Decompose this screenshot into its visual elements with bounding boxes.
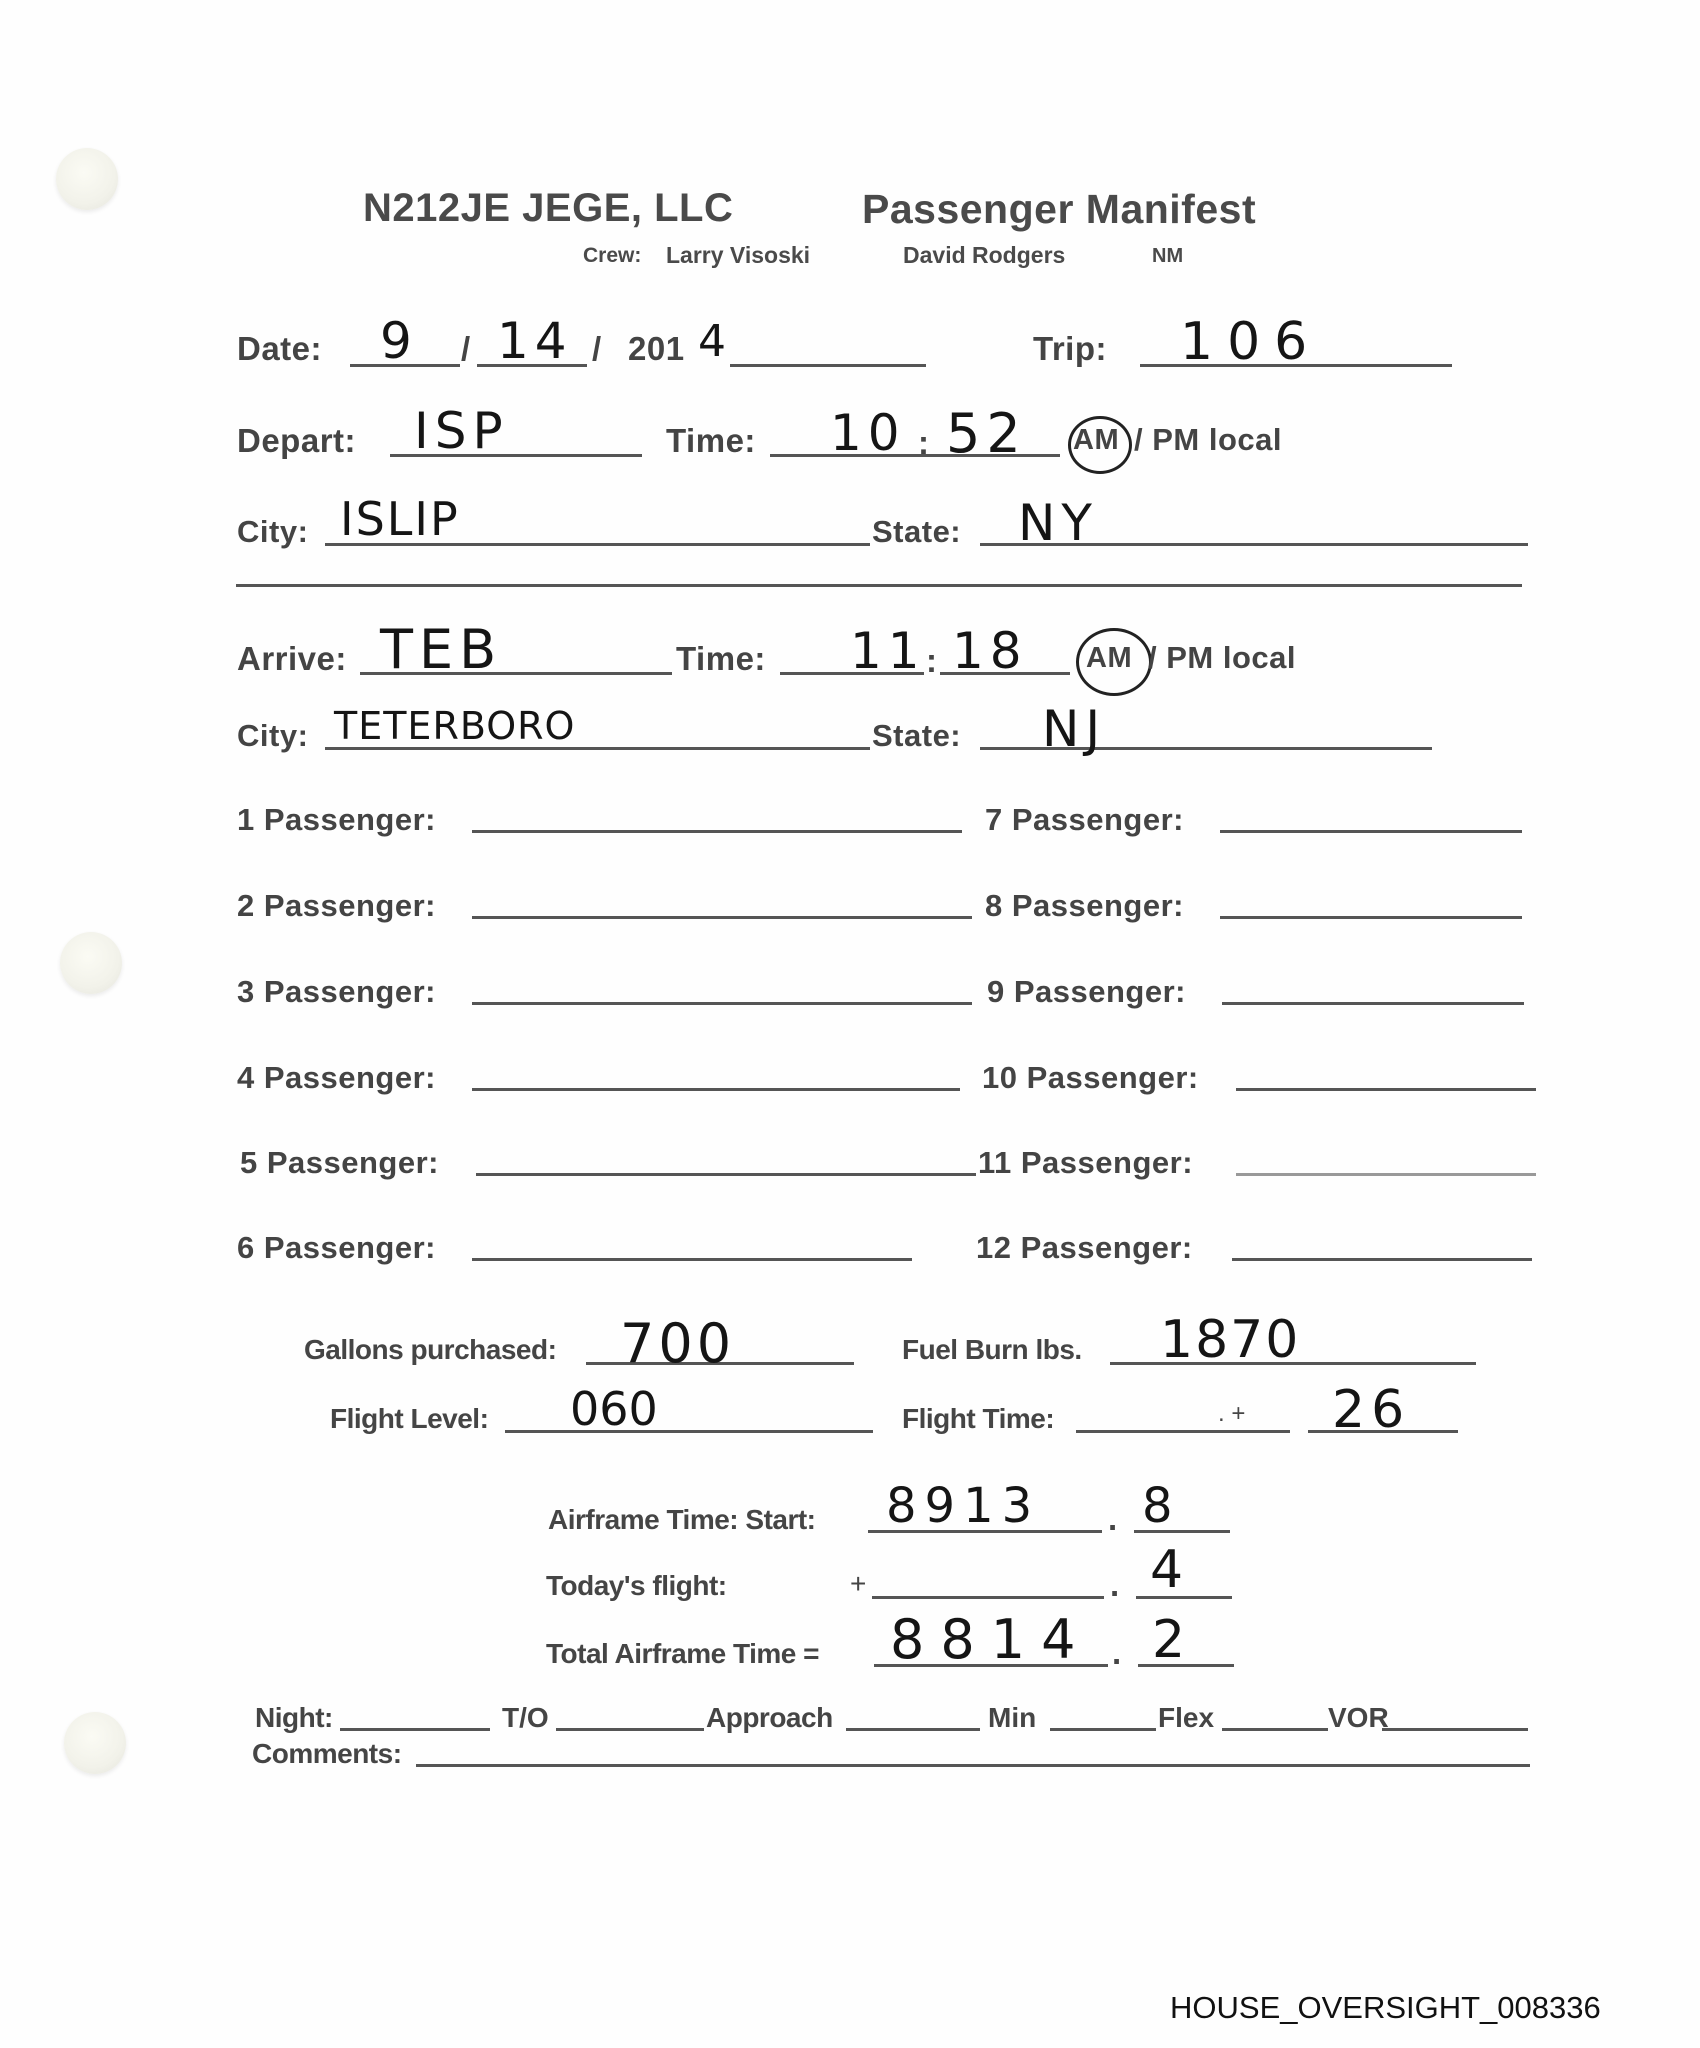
hole-punch-bottom [64,1712,126,1774]
gallons-label: Gallons purchased: [304,1334,556,1366]
passenger-field-2[interactable] [472,916,972,919]
arrive-pm-local: / PM local [1148,640,1296,676]
depart-time-label: Time: [666,422,756,460]
flight-time-label: Flight Time: [902,1403,1054,1435]
arrive-city-label: City: [237,718,308,754]
crew-member-3: NM [1152,245,1183,268]
passenger-label-10: 10 Passenger: [982,1060,1199,1096]
min-label: Min [988,1702,1036,1734]
form-title: Passenger Manifest [862,186,1256,233]
company-name: N212JE JEGE, LLC [363,186,733,231]
passenger-field-10[interactable] [1236,1088,1536,1091]
takeoff-label: T/O [502,1702,549,1734]
airframe-start-label: Airframe Time: Start: [548,1504,816,1536]
airframe-start-tenths[interactable]: 8 [1142,1478,1179,1534]
arrive-am-option[interactable]: AM [1086,642,1132,675]
flight-time-minutes[interactable]: 26 [1332,1380,1410,1440]
passenger-field-1[interactable] [472,830,962,833]
divider-line [236,584,1522,587]
passenger-field-5[interactable] [476,1173,976,1176]
date-separator: / [592,330,602,368]
passenger-field-7[interactable] [1220,830,1522,833]
bates-number: HOUSE_OVERSIGHT_008336 [1170,1990,1601,2026]
depart-airport[interactable]: ISP [414,402,509,460]
total-airframe-tenths[interactable]: 2 [1152,1610,1191,1670]
depart-state[interactable]: NY [1018,494,1098,552]
airframe-start-whole[interactable]: 8913 [886,1478,1040,1534]
fuel-burn-value[interactable]: 1870 [1160,1310,1300,1370]
passenger-field-11[interactable] [1236,1173,1536,1176]
passenger-field-12[interactable] [1232,1258,1532,1261]
comments-label: Comments: [252,1738,402,1770]
passenger-label-5: 5 Passenger: [240,1145,439,1181]
passenger-label-12: 12 Passenger: [976,1230,1193,1266]
passenger-field-4[interactable] [472,1088,960,1091]
depart-time-colon: : [918,424,930,462]
todays-flight-label: Today's flight: [546,1570,727,1602]
depart-am-option[interactable]: AM [1073,424,1119,457]
depart-state-label: State: [872,514,961,550]
flight-level-value[interactable]: 060 [570,1382,658,1436]
crew-member-1: Larry Visoski [666,242,810,269]
date-day[interactable]: 14 [497,312,573,370]
passenger-label-3: 3 Passenger: [237,974,436,1010]
trip-number[interactable]: 106 [1180,312,1321,372]
airframe-start-dot: . [1108,1500,1118,1538]
passenger-label-7: 7 Passenger: [985,802,1184,838]
depart-minute[interactable]: 52 [946,402,1027,465]
todays-flight-dot: . [1110,1566,1120,1604]
hole-punch-top [56,148,118,210]
passenger-label-8: 8 Passenger: [985,888,1184,924]
passenger-label-2: 2 Passenger: [237,888,436,924]
passenger-field-8[interactable] [1220,916,1522,919]
flight-time-hours-field[interactable] [1076,1430,1290,1433]
arrive-city[interactable]: TETERBORO [334,704,575,748]
arrive-minute[interactable]: 18 [952,622,1028,680]
gallons-value[interactable]: 700 [620,1312,735,1375]
comments-field[interactable] [416,1764,1530,1767]
approach-label: Approach [706,1702,833,1734]
crew-label: Crew: [583,244,641,268]
passenger-field-9[interactable] [1222,1002,1524,1005]
takeoff-field[interactable] [556,1728,704,1731]
trip-label: Trip: [1033,330,1107,368]
passenger-label-9: 9 Passenger: [987,974,1186,1010]
todays-flight-whole-field[interactable] [872,1596,1104,1599]
arrive-time-colon: : [926,642,938,680]
approach-field[interactable] [846,1728,980,1731]
arrive-state[interactable]: NJ [1042,700,1106,758]
depart-city[interactable]: ISLIP [340,492,460,546]
date-label: Date: [237,330,322,368]
date-separator: / [461,330,471,368]
passenger-label-1: 1 Passenger: [237,802,436,838]
total-airframe-label: Total Airframe Time = [546,1638,819,1670]
arrive-airport[interactable]: TEB [380,618,502,681]
min-field[interactable] [1050,1728,1156,1731]
passenger-label-6: 6 Passenger: [237,1230,436,1266]
date-month[interactable]: 9 [380,312,418,370]
fuel-burn-label: Fuel Burn lbs. [902,1334,1082,1366]
flex-field[interactable] [1222,1728,1328,1731]
passenger-field-6[interactable] [472,1258,912,1261]
date-year-suffix[interactable]: 4 [698,316,732,367]
arrive-state-label: State: [872,718,961,754]
hole-punch-middle [60,932,122,994]
todays-flight-plus: + [850,1568,866,1600]
arrive-time-label: Time: [676,640,766,678]
date-year-prefix: 201 [628,330,685,368]
passenger-field-3[interactable] [472,1002,972,1005]
night-label: Night: [255,1702,333,1734]
passenger-label-4: 4 Passenger: [237,1060,436,1096]
passenger-label-11: 11 Passenger: [978,1145,1193,1181]
arrive-hour[interactable]: 11 [850,622,926,680]
todays-flight-tenths[interactable]: 4 [1150,1540,1189,1600]
depart-city-label: City: [237,514,308,550]
total-airframe-whole[interactable]: 8814 [890,1608,1091,1671]
flex-label: Flex [1158,1702,1214,1734]
vor-field[interactable] [1382,1728,1528,1731]
depart-label: Depart: [237,422,356,460]
depart-hour[interactable]: 10 [830,404,906,462]
crew-member-2: David Rodgers [903,242,1065,269]
depart-pm-local: / PM local [1134,422,1282,458]
vor-label: VOR [1328,1702,1389,1734]
night-field[interactable] [340,1728,490,1731]
arrive-label: Arrive: [237,640,347,678]
flight-time-separator: . + [1218,1400,1245,1428]
flight-level-label: Flight Level: [330,1403,488,1435]
total-airframe-dot: . [1112,1634,1122,1672]
